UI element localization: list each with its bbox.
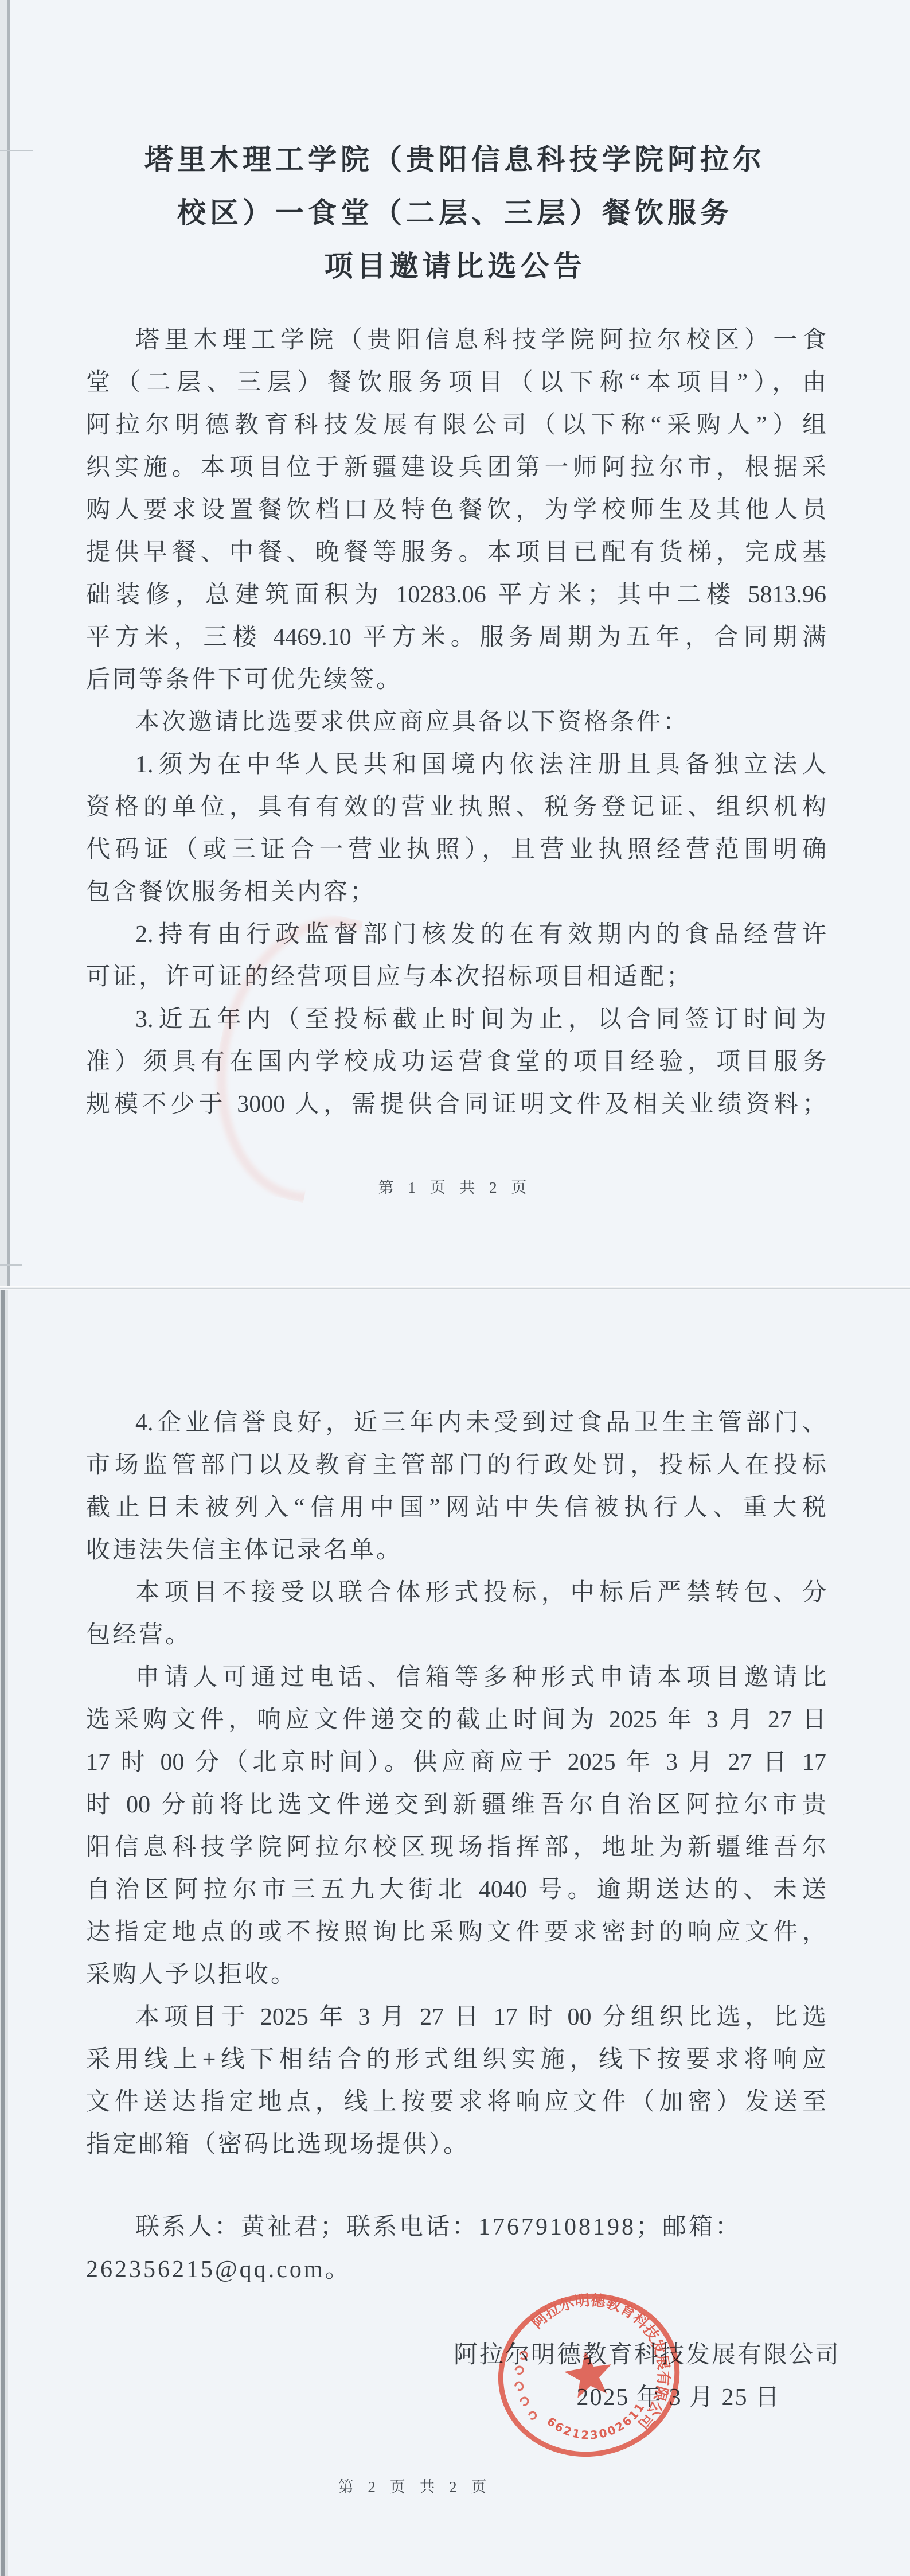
text-line: 本次邀请比选要求供应商应具备以下资格条件：	[86, 701, 826, 744]
page1-body: 塔里木理工学院（贵阳信息科技学院阿拉尔校区）一食堂（二层、三层）餐饮服务项目（以…	[86, 319, 826, 1126]
text-line: 后同等条件下可优先续签。	[86, 659, 826, 701]
signature-company: 阿拉尔明德教育科技发展有限公司	[0, 2334, 910, 2376]
title-line: 项目邀请比选公告	[23, 240, 887, 293]
text-line: 2.持有由行政监督部门核发的在有效期内的食品经营许	[86, 913, 826, 956]
scan-streak	[0, 150, 33, 151]
text-line: 自治区阿拉尔市三五九大街北 4040 号。逾期送达的、未送	[86, 1869, 826, 1911]
text-line: 规模不少于 3000 人，需提供合同证明文件及相关业绩资料；	[86, 1083, 826, 1126]
scan-edge-line	[1, 1290, 5, 2576]
page-seam-line	[0, 1288, 910, 1289]
text-line: 本项目不接受以联合体形式投标，中标后严禁转包、分	[86, 1571, 826, 1614]
text-line: 文件送达指定地点，线上按要求将响应文件（加密）发送至	[86, 2081, 826, 2123]
text-line: 采用线上+线下相结合的形式组织实施，线下按要求将响应	[86, 2038, 826, 2081]
page2-footer: 第 2 页 共 2 页	[0, 2471, 870, 2503]
text-line: 准）须具有在国内学校成功运营食堂的项目经验，项目服务	[86, 1041, 826, 1083]
seal-uyghur-script	[510, 2351, 537, 2421]
scan-streak	[0, 1244, 17, 1244]
text-line: 资格的单位，具有有效的营业执照、税务登记证、组织机构	[86, 786, 826, 828]
text-line: 262356215@qq.com。	[86, 2248, 826, 2291]
text-line: 础装修，总建筑面积为 10283.06 平方米；其中二楼 5813.96	[86, 574, 826, 616]
company-seal: 阿拉尔明德教育科技发展有限公司 6621230026116	[483, 2279, 694, 2472]
text-line: 提供早餐、中餐、晚餐等服务。本项目已配有货梯，完成基	[86, 531, 826, 574]
text-line: 收违法失信主体记录名单。	[86, 1529, 826, 1571]
document-page-1: 塔里木理工学院（贵阳信息科技学院阿拉尔 校区）一食堂（二层、三层）餐饮服务 项目…	[0, 0, 910, 1286]
text-line: 3.近五年内（至投标截止时间为止，以合同签订时间为	[86, 998, 826, 1041]
page1-footer: 第 1 页 共 2 页	[0, 1172, 910, 1204]
title-line: 塔里木理工学院（贵阳信息科技学院阿拉尔	[23, 133, 887, 186]
text-line: 包经营。	[86, 1614, 826, 1656]
text-line: 织实施。本项目位于新疆建设兵团第一师阿拉尔市，根据采	[86, 446, 826, 489]
text-line: 阳信息科技学院阿拉尔校区现场指挥部，地址为新疆维吾尔	[86, 1826, 826, 1869]
text-line: 截止日未被列入“信用中国”网站中失信被执行人、重大税	[86, 1487, 826, 1529]
text-line: 指定邮箱（密码比选现场提供）。	[86, 2123, 826, 2166]
scan-streak	[0, 1264, 22, 1266]
text-line: 包含餐饮服务相关内容；	[86, 871, 826, 913]
text-line: 代码证（或三证合一营业执照），且营业执照经营范围明确	[86, 828, 826, 871]
text-line: 17 时 00 分（北京时间）。供应商应于 2025 年 3 月 27 日 17	[86, 1741, 826, 1784]
scan-edge-line	[7, 0, 10, 1286]
text-line: 选采购文件，响应文件递交的截止时间为 2025 年 3 月 27 日	[86, 1699, 826, 1741]
text-line: 可证，许可证的经营项目应与本次招标项目相适配；	[86, 956, 826, 998]
scan-edge-band	[0, 0, 7, 1286]
page2-body: 4.企业信誉良好，近三年内未受到过食品卫生主管部门、市场监管部门以及教育主管部门…	[86, 1290, 826, 2291]
text-line: 平方米，三楼 4469.10 平方米。服务周期为五年，合同期满	[86, 616, 826, 659]
text-line: 采购人予以拒收。	[86, 1954, 826, 1996]
text-line: 塔里木理工学院（贵阳信息科技学院阿拉尔校区）一食	[86, 319, 826, 361]
scan-streak	[0, 168, 25, 168]
signature-date: 2025 年 3 月 25 日	[0, 2376, 910, 2419]
text-line: 联系人：黄祉君；联系电话：17679108198；邮箱：	[86, 2206, 826, 2248]
text-line: 购人要求设置餐饮档口及特色餐饮，为学校师生及其他人员	[86, 489, 826, 531]
text-line: 达指定地点的或不按照询比采购文件要求密封的响应文件，	[86, 1911, 826, 1954]
text-line: 4.企业信誉良好，近三年内未受到过食品卫生主管部门、	[86, 1402, 826, 1444]
text-line: 本项目于 2025 年 3 月 27 日 17 时 00 分组织比选，比选	[86, 1996, 826, 2038]
title-line: 校区）一食堂（二层、三层）餐饮服务	[23, 186, 887, 240]
text-line: 阿拉尔明德教育科技发展有限公司（以下称“采购人”）组	[86, 404, 826, 446]
text-line: 1.须为在中华人民共和国境内依法注册且具备独立法人	[86, 744, 826, 786]
document-title: 塔里木理工学院（贵阳信息科技学院阿拉尔 校区）一食堂（二层、三层）餐饮服务 项目…	[0, 0, 910, 293]
text-line: 堂（二层、三层）餐饮服务项目（以下称“本项目”），由	[86, 361, 826, 404]
document-page-2: 4.企业信誉良好，近三年内未受到过食品卫生主管部门、市场监管部门以及教育主管部门…	[0, 1290, 910, 2576]
seal-star	[561, 2347, 615, 2399]
scanned-document: { "doc": { "title_lines": [ "塔里木理工学院（贵阳信…	[0, 0, 910, 2576]
text-line: 市场监管部门以及教育主管部门的行政处罚，投标人在投标	[86, 1444, 826, 1487]
text-line: 申请人可通过电话、信箱等多种形式申请本项目邀请比	[86, 1656, 826, 1699]
text-line: 时 00 分前将比选文件递交到新疆维吾尔自治区阿拉尔市贵	[86, 1784, 826, 1826]
